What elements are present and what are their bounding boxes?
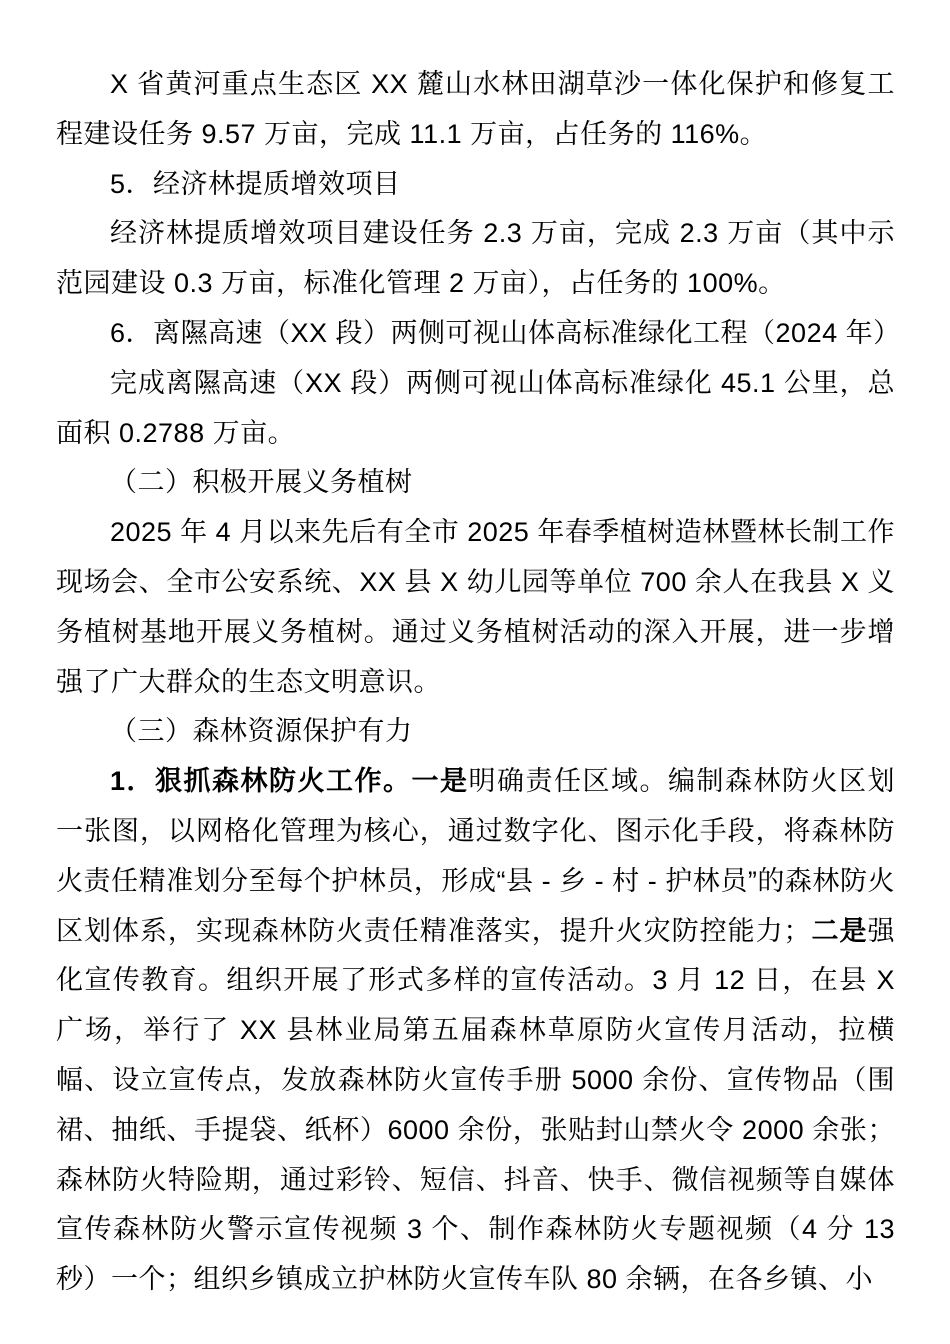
text-run: 6．离隰高速（XX 段）两侧可视山体高标准绿化工程（2024 年） <box>110 318 901 348</box>
body-paragraph: X 省黄河重点生态区 XX 麓山水林田湖草沙一体化保护和修复工程建设任务 9.5… <box>56 60 895 160</box>
section-heading: （三）森林资源保护有力 <box>56 707 895 757</box>
text-run: 强化宣传教育。组织开展了形式多样的宣传活动。3 月 12 日，在县 X 广场，举… <box>56 916 895 1295</box>
text-run: （三）森林资源保护有力 <box>110 716 413 746</box>
section-heading: 6．离隰高速（XX 段）两侧可视山体高标准绿化工程（2024 年） <box>56 309 895 359</box>
document-body: X 省黄河重点生态区 XX 麓山水林田湖草沙一体化保护和修复工程建设任务 9.5… <box>56 60 895 1305</box>
bold-text-run: 1．狠抓森林防火工作。一是 <box>110 766 469 796</box>
text-run: （二）积极开展义务植树 <box>110 467 413 497</box>
text-run: X 省黄河重点生态区 XX 麓山水林田湖草沙一体化保护和修复工程建设任务 9.5… <box>56 69 895 149</box>
body-paragraph: 1．狠抓森林防火工作。一是明确责任区域。编制森林防火区划一张图，以网格化管理为核… <box>56 757 895 1305</box>
text-run: 2025 年 4 月以来先后有全市 2025 年春季植树造林暨林长制工作现场会、… <box>56 517 895 696</box>
body-paragraph: 经济林提质增效项目建设任务 2.3 万亩，完成 2.3 万亩（其中示范园建设 0… <box>56 209 895 309</box>
body-paragraph: 2025 年 4 月以来先后有全市 2025 年春季植树造林暨林长制工作现场会、… <box>56 508 895 707</box>
body-paragraph: 完成离隰高速（XX 段）两侧可视山体高标准绿化 45.1 公里，总面积 0.27… <box>56 359 895 459</box>
bold-text-run: 二是 <box>811 916 867 946</box>
text-run: 5．经济林提质增效项目 <box>110 169 401 199</box>
text-run: 完成离隰高速（XX 段）两侧可视山体高标准绿化 45.1 公里，总面积 0.27… <box>56 368 895 448</box>
document-page: X 省黄河重点生态区 XX 麓山水林田湖草沙一体化保护和修复工程建设任务 9.5… <box>0 0 950 1344</box>
section-heading: 5．经济林提质增效项目 <box>56 160 895 210</box>
section-heading: （二）积极开展义务植树 <box>56 458 895 508</box>
text-run: 经济林提质增效项目建设任务 2.3 万亩，完成 2.3 万亩（其中示范园建设 0… <box>56 218 895 298</box>
